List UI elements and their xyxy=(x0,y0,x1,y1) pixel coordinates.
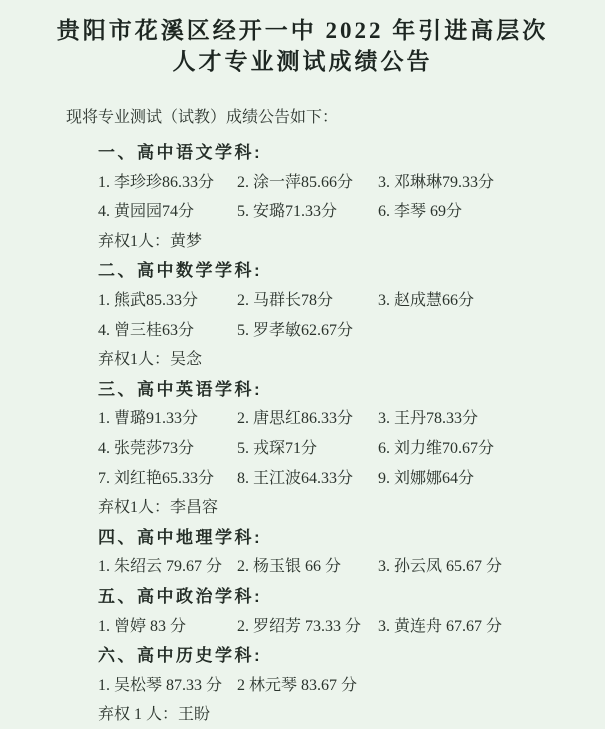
title-line-1: 贵阳市花溪区经开一中 2022 年引进高层次 xyxy=(0,15,605,46)
score-item: 3. 黄连舟 67.67 分 xyxy=(378,612,502,642)
score-item: 6. 李琴 69分 xyxy=(378,197,462,227)
section-heading: 二、高中数学学科: xyxy=(98,256,605,286)
waiver-note: 弃权 1 人：王盼 xyxy=(98,700,605,729)
score-item: 9. 刘娜娜64分 xyxy=(378,464,474,494)
score-item: 4. 曾三桂63分 xyxy=(98,316,237,346)
waiver-note: 弃权1人：黄梦 xyxy=(98,227,605,257)
section-chinese: 一、高中语文学科: 1. 李珍珍86.33分 2. 涂一萍85.66分 3. 邓… xyxy=(98,138,605,256)
score-row: 4. 张莞莎73分 5. 戎琛71分 6. 刘力维70.67分 xyxy=(98,434,605,464)
intro-text: 现将专业测试（试教）成绩公告如下： xyxy=(66,103,605,132)
score-item: 1. 曾婷 83 分 xyxy=(98,612,237,642)
sections-container: 一、高中语文学科: 1. 李珍珍86.33分 2. 涂一萍85.66分 3. 邓… xyxy=(98,138,605,729)
score-item: 1. 吴松琴 87.33 分 xyxy=(98,671,237,701)
section-politics: 五、高中政治学科: 1. 曾婷 83 分 2. 罗绍芳 73.33 分 3. 黄… xyxy=(98,582,605,641)
section-heading: 四、高中地理学科: xyxy=(98,523,605,553)
score-item: 5. 戎琛71分 xyxy=(237,434,378,464)
waiver-note: 弃权1人：吴念 xyxy=(98,345,605,375)
announcement-page: 贵阳市花溪区经开一中 2022 年引进高层次 人才专业测试成绩公告 现将专业测试… xyxy=(0,0,605,729)
page-title: 贵阳市花溪区经开一中 2022 年引进高层次 人才专业测试成绩公告 xyxy=(0,0,605,77)
score-item: 3. 赵成慧66分 xyxy=(378,286,474,316)
section-geography: 四、高中地理学科: 1. 朱绍云 79.67 分 2. 杨玉银 66 分 3. … xyxy=(98,523,605,582)
score-item: 2. 涂一萍85.66分 xyxy=(237,168,378,198)
score-item: 4. 张莞莎73分 xyxy=(98,434,237,464)
score-row: 4. 曾三桂63分 5. 罗孝敏62.67分 xyxy=(98,316,605,346)
score-row: 4. 黄园园74分 5. 安璐71.33分 6. 李琴 69分 xyxy=(98,197,605,227)
score-item: 2. 唐思红86.33分 xyxy=(237,404,378,434)
score-item: 7. 刘红艳65.33分 xyxy=(98,464,237,494)
score-item: 2. 罗绍芳 73.33 分 xyxy=(237,612,378,642)
waiver-note: 弃权1人：李昌容 xyxy=(98,493,605,523)
score-item: 2. 马群长78分 xyxy=(237,286,378,316)
score-row: 1. 朱绍云 79.67 分 2. 杨玉银 66 分 3. 孙云凤 65.67 … xyxy=(98,552,605,582)
score-row: 1. 吴松琴 87.33 分 2 林元琴 83.67 分 xyxy=(98,671,605,701)
score-row: 1. 曹璐91.33分 2. 唐思红86.33分 3. 王丹78.33分 xyxy=(98,404,605,434)
score-row: 7. 刘红艳65.33分 8. 王江波64.33分 9. 刘娜娜64分 xyxy=(98,464,605,494)
section-history: 六、高中历史学科: 1. 吴松琴 87.33 分 2 林元琴 83.67 分 弃… xyxy=(98,641,605,729)
score-item: 8. 王江波64.33分 xyxy=(237,464,378,494)
section-math: 二、高中数学学科: 1. 熊武85.33分 2. 马群长78分 3. 赵成慧66… xyxy=(98,256,605,374)
score-item: 2 林元琴 83.67 分 xyxy=(237,671,357,701)
score-row: 1. 熊武85.33分 2. 马群长78分 3. 赵成慧66分 xyxy=(98,286,605,316)
score-item: 5. 罗孝敏62.67分 xyxy=(237,316,353,346)
score-row: 1. 李珍珍86.33分 2. 涂一萍85.66分 3. 邓琳琳79.33分 xyxy=(98,168,605,198)
score-item: 3. 王丹78.33分 xyxy=(378,404,478,434)
score-item: 3. 邓琳琳79.33分 xyxy=(378,168,494,198)
score-item: 6. 刘力维70.67分 xyxy=(378,434,494,464)
section-heading: 三、高中英语学科: xyxy=(98,375,605,405)
score-item: 2. 杨玉银 66 分 xyxy=(237,552,378,582)
score-item: 4. 黄园园74分 xyxy=(98,197,237,227)
section-english: 三、高中英语学科: 1. 曹璐91.33分 2. 唐思红86.33分 3. 王丹… xyxy=(98,375,605,523)
score-item: 1. 熊武85.33分 xyxy=(98,286,237,316)
score-item: 1. 李珍珍86.33分 xyxy=(98,168,237,198)
section-heading: 六、高中历史学科: xyxy=(98,641,605,671)
section-heading: 一、高中语文学科: xyxy=(98,138,605,168)
score-item: 5. 安璐71.33分 xyxy=(237,197,378,227)
score-item: 1. 曹璐91.33分 xyxy=(98,404,237,434)
title-line-2: 人才专业测试成绩公告 xyxy=(0,46,605,77)
score-item: 1. 朱绍云 79.67 分 xyxy=(98,552,237,582)
section-heading: 五、高中政治学科: xyxy=(98,582,605,612)
score-item: 3. 孙云凤 65.67 分 xyxy=(378,552,502,582)
score-row: 1. 曾婷 83 分 2. 罗绍芳 73.33 分 3. 黄连舟 67.67 分 xyxy=(98,612,605,642)
